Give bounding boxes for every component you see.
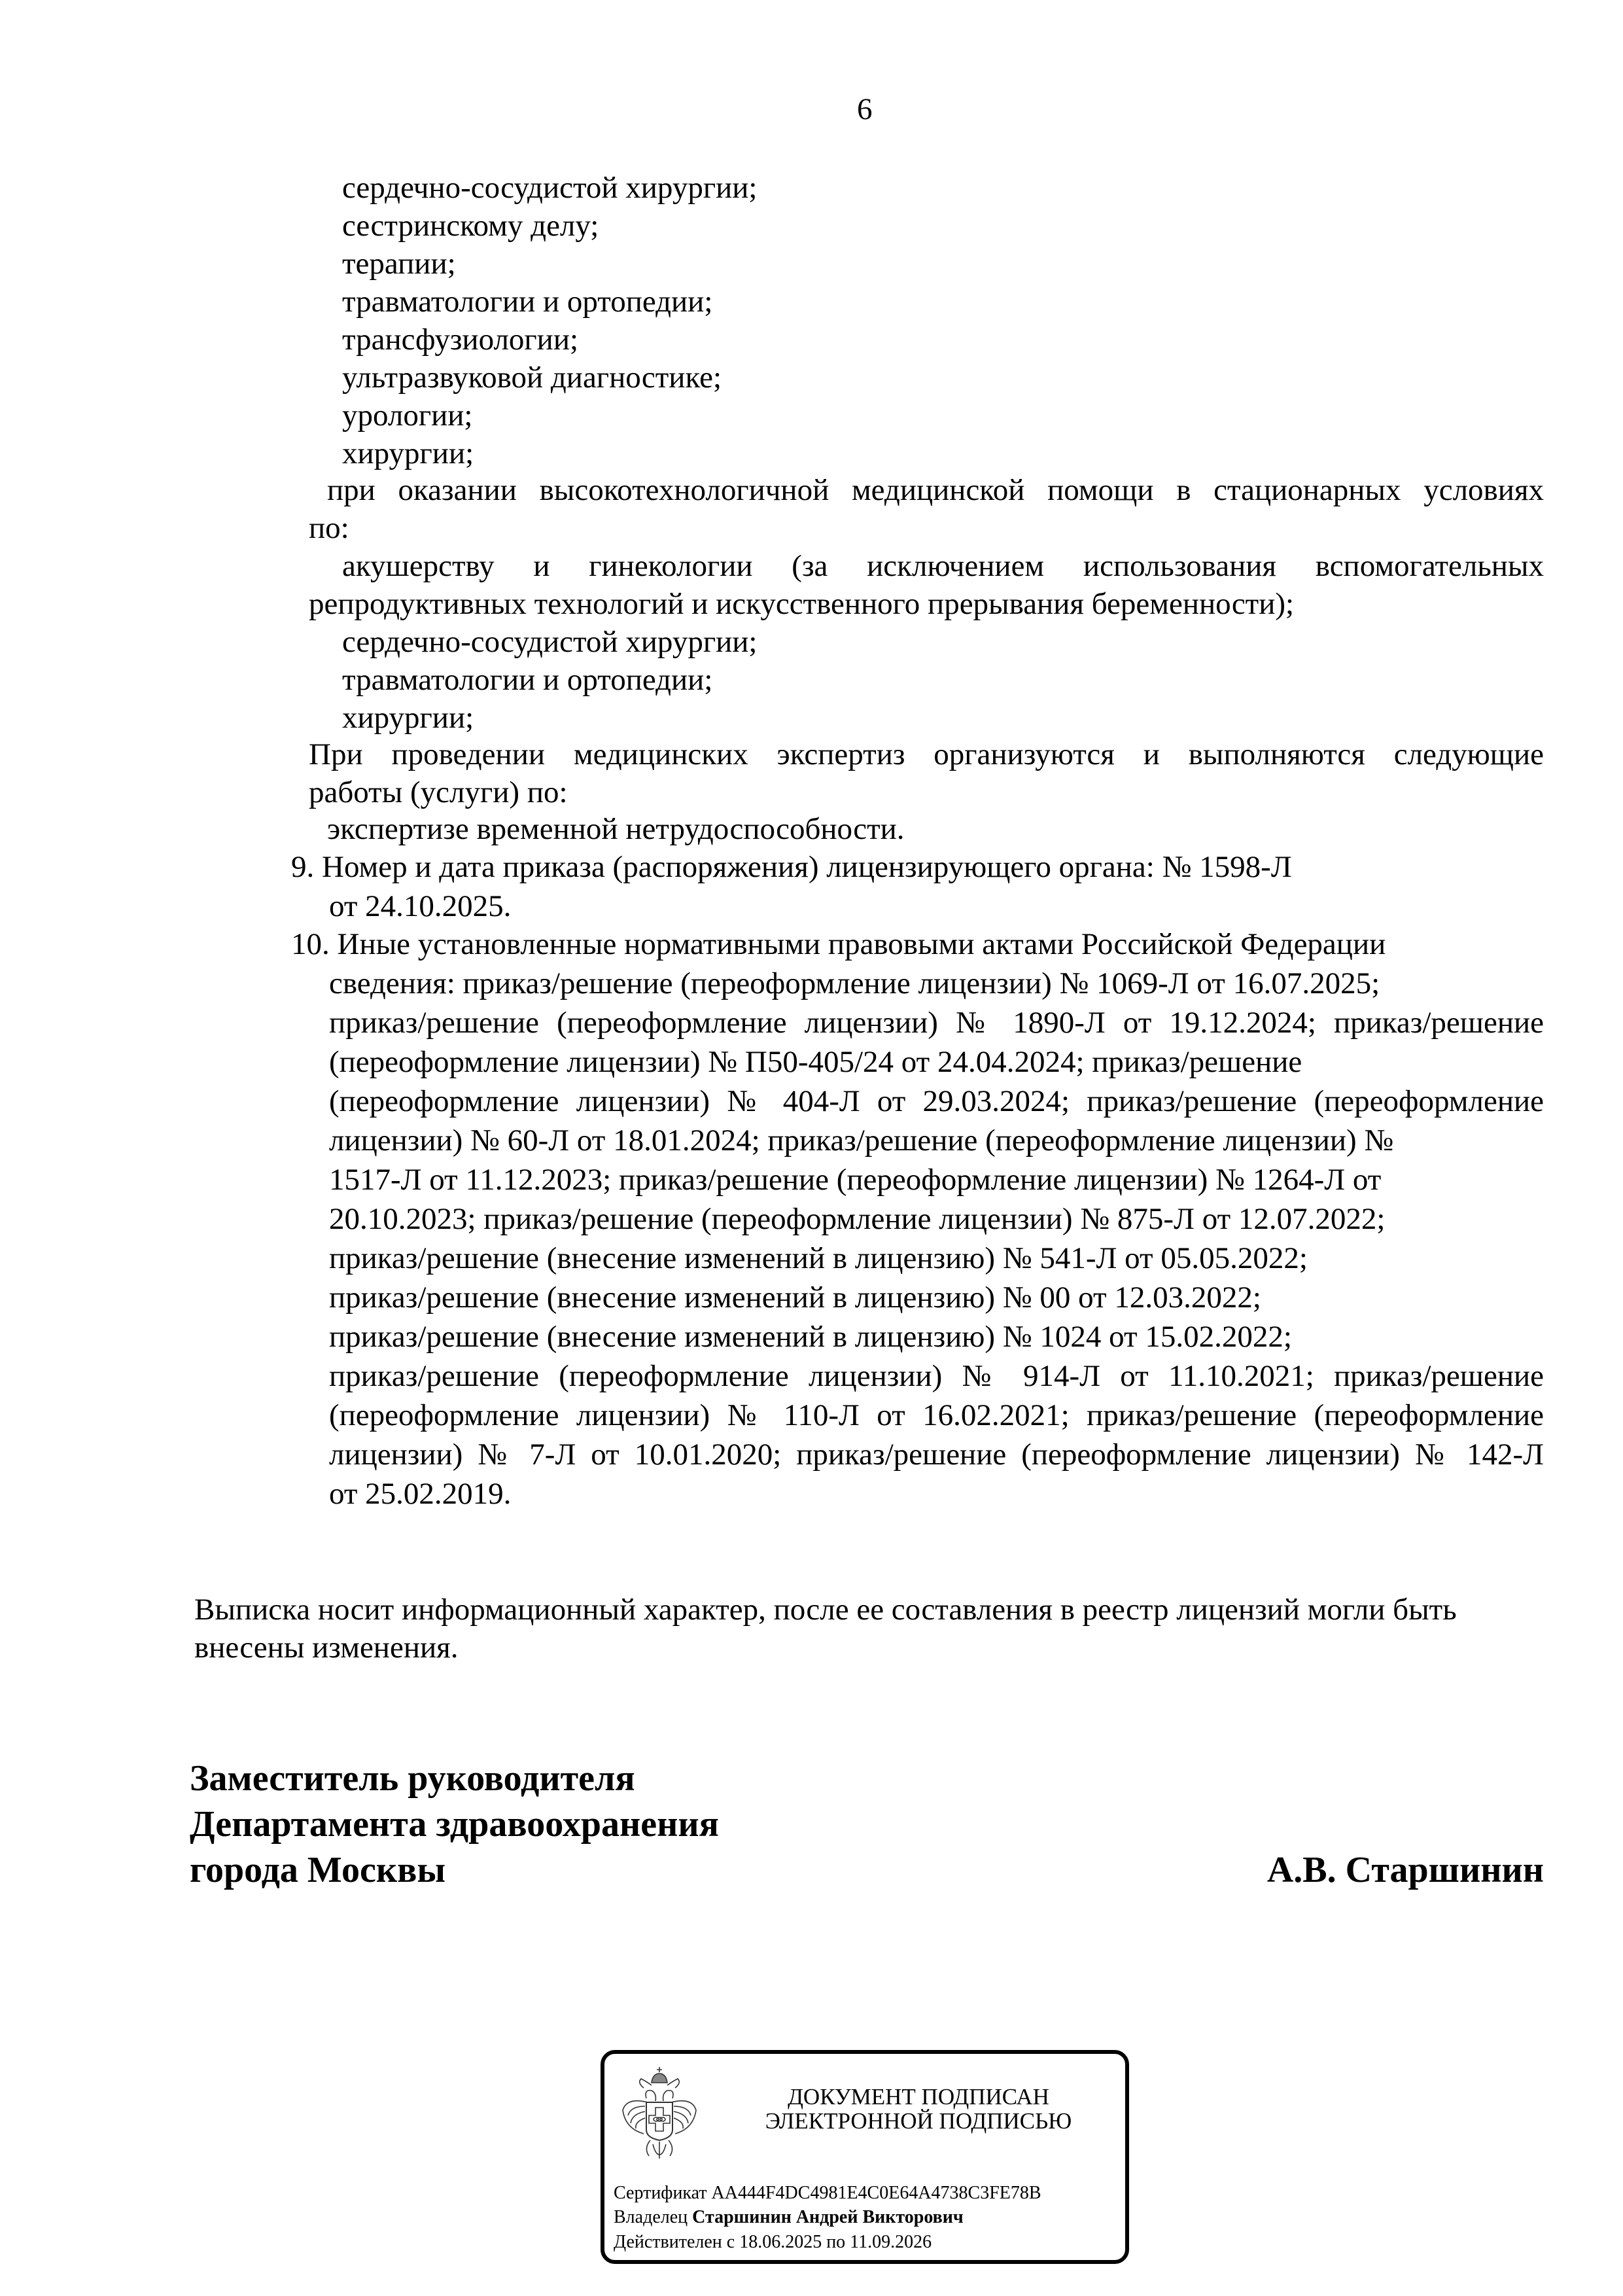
list-item: сердечно-сосудистой хирургии;: [342, 627, 757, 658]
disclaimer-line: внесены изменения.: [194, 1633, 459, 1663]
certificate-id: AA444F4DC4981E4C0E64A4738C3FE78B: [712, 2183, 1041, 2203]
list-item: хирургии;: [342, 703, 474, 733]
page-number: 6: [857, 92, 873, 127]
owner-label: Владелец: [614, 2207, 688, 2227]
list-item: акушерству и гинекологии (за исключением…: [342, 551, 1544, 582]
list-item: травматологии и ортопедии;: [342, 665, 712, 696]
ministry-emblem-icon: [618, 2063, 701, 2163]
signatory-title: Департамента здравоохранения: [190, 1806, 719, 1843]
expertise-intro-cont: работы (услуги) по:: [309, 777, 568, 808]
order-record-line: лицензии) № 7-Л от 10.01.2020; приказ/ре…: [329, 1439, 1544, 1470]
e-signature-stamp: ДОКУМЕНТ ПОДПИСАН ЭЛЕКТРОННОЙ ПОДПИСЬЮ С…: [601, 2050, 1129, 2264]
validity-line: Действителен с 18.06.2025 по 11.09.2026: [614, 2233, 932, 2252]
list-item: урологии;: [342, 400, 472, 431]
list-item: ультразвуковой диагностике;: [342, 362, 722, 393]
stamp-title: ЭЛЕКТРОННОЙ ПОДПИСЬЮ: [722, 2110, 1115, 2132]
certificate-label: Сертификат: [614, 2183, 707, 2203]
high-tech-intro: при оказании высокотехнологичной медицин…: [327, 475, 1544, 506]
list-item: сестринскому делу;: [342, 211, 599, 241]
signatory-title: города Москвы: [190, 1852, 445, 1888]
owner-name: Старшинин Андрей Викторович: [692, 2207, 964, 2227]
order-record-line: лицензии) № 60-Л от 18.01.2024; приказ/р…: [329, 1125, 1393, 1156]
list-item: трансфузиологии;: [342, 325, 578, 355]
order-record-line: от 25.02.2019.: [329, 1479, 511, 1510]
signatory-title: Заместитель руководителя: [190, 1760, 635, 1797]
list-item: экспертизе временной нетрудоспособности.: [327, 814, 905, 845]
signatory-name: А.В. Старшинин: [1267, 1852, 1544, 1888]
list-item: терапии;: [342, 249, 456, 279]
stamp-title: ДОКУМЕНТ ПОДПИСАН: [722, 2085, 1115, 2108]
order-number-line: 9. Номер и дата приказа (распоряжения) л…: [291, 852, 1292, 883]
order-record-line: приказ/решение (внесение изменений в лиц…: [329, 1282, 1261, 1313]
order-record-line: приказ/решение (внесение изменений в лиц…: [329, 1322, 1292, 1352]
order-date-line: от 24.10.2025.: [329, 891, 511, 922]
list-item: травматологии и ортопедии;: [342, 287, 712, 317]
owner-line: Владелец Старшинин Андрей Викторович: [614, 2208, 964, 2227]
expertise-intro: При проведении медицинских экспертиз орг…: [309, 739, 1544, 770]
order-record-line: приказ/решение (переоформление лицензии)…: [329, 1008, 1544, 1038]
order-record-line: (переоформление лицензии) № П50-405/24 о…: [329, 1047, 1302, 1078]
list-item: хирургии;: [342, 438, 474, 469]
high-tech-intro-cont: по:: [309, 513, 349, 544]
order-record-line: приказ/решение (переоформление лицензии)…: [329, 1361, 1544, 1392]
order-record-line: 1517-Л от 11.12.2023; приказ/решение (пе…: [329, 1165, 1381, 1195]
list-item: сердечно-сосудистой хирургии;: [342, 173, 757, 203]
order-record-line: сведения: приказ/решение (переоформление…: [329, 968, 1380, 999]
document-page: 6 сердечно-сосудистой хирургии; сестринс…: [0, 0, 1623, 2296]
order-record-line: приказ/решение (внесение изменений в лиц…: [329, 1243, 1308, 1274]
order-record-line: 20.10.2023; приказ/решение (переоформлен…: [329, 1204, 1385, 1235]
order-record-line: (переоформление лицензии) № 110-Л от 16.…: [329, 1400, 1544, 1431]
section-heading: 10. Иные установленные нормативными прав…: [291, 929, 1386, 960]
list-item-cont: репродуктивных технологий и искусственно…: [309, 589, 1294, 620]
order-record-line: (переоформление лицензии) № 404-Л от 29.…: [329, 1086, 1544, 1117]
certificate-line: Сертификат AA444F4DC4981E4C0E64A4738C3FE…: [614, 2184, 1041, 2202]
disclaimer-line: Выписка носит информационный характер, п…: [194, 1595, 1457, 1625]
